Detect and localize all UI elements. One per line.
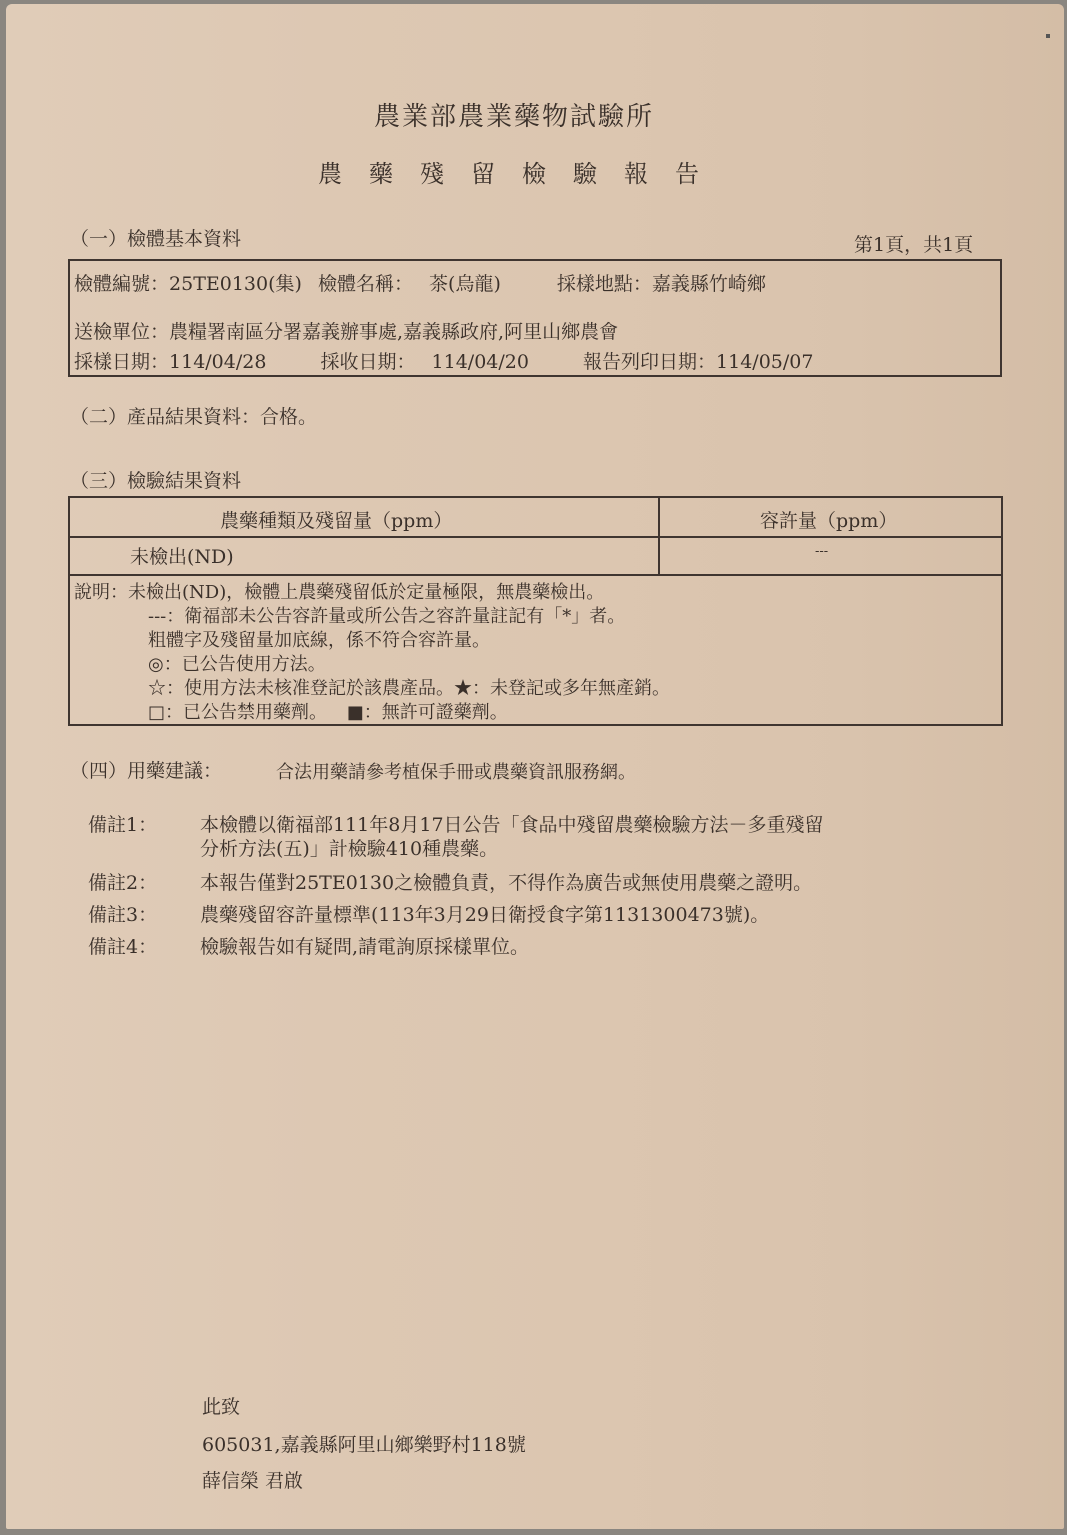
remark-1-line-1: 本檢體以衛福部111年8月17日公告「食品中殘留農藥檢驗方法－多重殘留 (200, 810, 824, 837)
header-divider (70, 536, 1001, 538)
table-cell-pesticide: 未檢出(ND) (130, 542, 234, 569)
organization-title: 農業部農業藥物試驗所 (374, 96, 654, 133)
page-info: 第1頁，共1頁 (854, 230, 973, 257)
remark-3-label: 備註3： (88, 900, 157, 927)
section4-heading: （四）用藥建議： (70, 756, 222, 783)
section3-heading: （三）檢驗結果資料 (70, 466, 241, 493)
harvest-date-label: 採收日期： (320, 351, 415, 373)
remark-2-label: 備註2： (88, 868, 157, 895)
column-header-tolerance: 容許量（ppm） (760, 506, 897, 533)
report-title: 農藥殘留檢驗報告 (318, 154, 726, 189)
paper-speck (1046, 34, 1050, 38)
legend-line-nd: 未檢出(ND)，檢體上農藥殘留低於定量極限，無農藥檢出。 (128, 578, 604, 604)
sampling-location-label: 採樣地點： (557, 273, 652, 295)
submitting-unit-label: 送檢單位： (74, 321, 169, 343)
row-divider (70, 574, 1001, 576)
section1-heading: （一）檢體基本資料 (70, 224, 241, 251)
print-date: 114/05/07 (716, 351, 813, 373)
usage-advice: 合法用藥請參考植保手冊或農藥資訊服務網。 (276, 758, 636, 784)
remark-2-text: 本報告僅對25TE0130之檢體負責，不得作為廣告或無使用農藥之證明。 (200, 868, 812, 895)
remark-4-text: 檢驗報告如有疑問,請電詢原採樣單位。 (200, 932, 529, 959)
banned-square-text: □：已公告禁用藥劑。 (148, 702, 327, 723)
sampling-date: 114/04/28 (169, 351, 266, 373)
harvest-date: 114/04/20 (432, 351, 529, 373)
sampling-location: 嘉義縣竹崎鄉 (652, 273, 766, 295)
legend-line-double-circle: ◎：已公告使用方法。 (148, 650, 326, 676)
sample-name: 茶(烏龍) (429, 273, 501, 295)
column-header-pesticide: 農藥種類及殘留量（ppm） (220, 506, 452, 533)
remark-1-label: 備註1： (88, 810, 157, 837)
sample-info-row-3: 採樣日期：114/04/28 採收日期： 114/04/20 報告列印日期：11… (74, 347, 813, 374)
results-table: 農藥種類及殘留量（ppm） 容許量（ppm） 未檢出(ND) --- 說明： 未… (68, 496, 1003, 726)
sampling-date-label: 採樣日期： (74, 351, 169, 373)
sample-id-label: 檢體編號： (74, 273, 169, 295)
legend-line-stars: ☆：使用方法未核准登記於該農產品。★：未登記或多年無產銷。 (148, 674, 670, 700)
legend-line-bold: 粗體字及殘留量加底線，係不符合容許量。 (148, 626, 490, 652)
sample-info-box: 檢體編號：25TE0130(集) 檢體名稱： 茶(烏龍) 採樣地點：嘉義縣竹崎鄉… (68, 259, 1002, 377)
report-paper: 農業部農業藥物試驗所 農藥殘留檢驗報告 （一）檢體基本資料 第1頁，共1頁 檢體… (6, 4, 1064, 1529)
print-date-label: 報告列印日期： (583, 351, 716, 373)
sample-info-row-2: 送檢單位：農糧署南區分署嘉義辦事處,嘉義縣政府,阿里山鄉農會 (74, 317, 618, 344)
recipient-name: 薛信榮 君啟 (202, 1466, 303, 1493)
remark-3-text: 農藥殘留容許量標準(113年3月29日衛授食字第1131300473號)。 (200, 900, 769, 927)
legend-line-dash: ---：衛福部未公告容許量或所公告之容許量註記有「*」者。 (148, 602, 625, 628)
remark-4-label: 備註4： (88, 932, 157, 959)
sample-name-label: 檢體名稱： (318, 273, 413, 295)
sample-id: 25TE0130(集) (169, 273, 302, 295)
remark-1-line-2: 分析方法(五)」計檢驗410種農藥。 (200, 834, 498, 861)
unlicensed-square-text: ■：無許可證藥劑。 (347, 702, 508, 723)
submitting-unit: 農糧署南區分署嘉義辦事處,嘉義縣政府,阿里山鄉農會 (169, 321, 618, 343)
table-cell-tolerance: --- (815, 544, 828, 559)
salutation: 此致 (202, 1392, 240, 1419)
product-result: （二）產品結果資料：合格。 (70, 402, 317, 429)
recipient-address: 605031,嘉義縣阿里山鄉樂野村118號 (202, 1430, 526, 1457)
legend-label: 說明： (74, 578, 128, 604)
legend-line-squares: □：已公告禁用藥劑。 ■：無許可證藥劑。 (148, 698, 508, 724)
sample-info-row-1: 檢體編號：25TE0130(集) 檢體名稱： 茶(烏龍) 採樣地點：嘉義縣竹崎鄉 (74, 269, 766, 296)
